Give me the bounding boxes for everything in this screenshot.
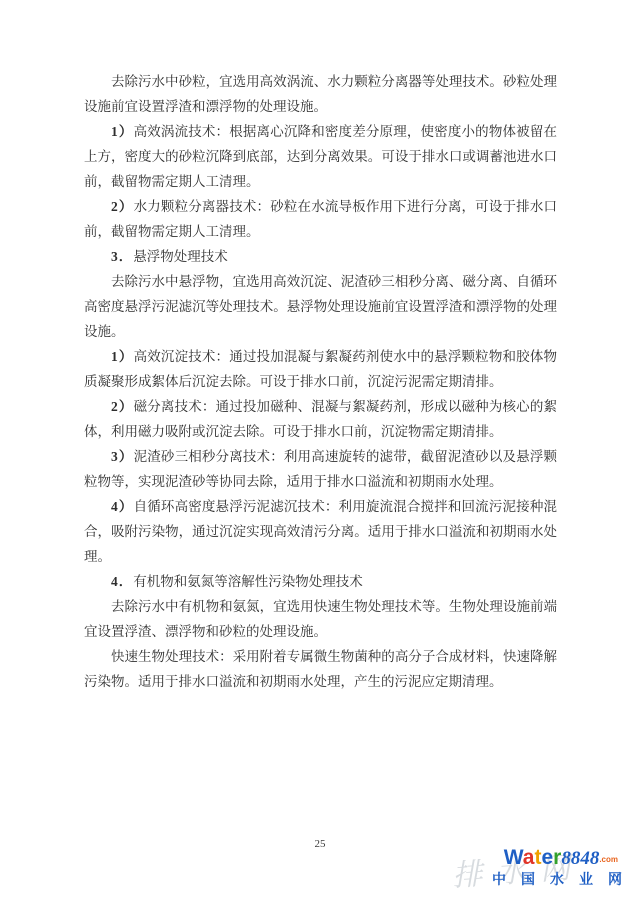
- section-heading: 4．有机物和氨氮等溶解性污染物处理技术: [84, 569, 557, 594]
- paragraph: 快速生物处理技术：采用附着专属微生物菌种的高分子合成材料，快速降解污染物。适用于…: [84, 644, 557, 694]
- paragraph-text: 泥渣砂三相秒分离技术：利用高速旋转的滤带，截留泥渣砂以及悬浮颗粒物等，实现泥渣砂…: [84, 449, 557, 489]
- paragraph-text: 高效沉淀技术：通过投加混凝与絮凝药剂使水中的悬浮颗粒物和胶体物质凝聚形成絮体后沉…: [84, 349, 557, 389]
- brand-word: Water: [504, 846, 562, 869]
- paragraph: 3）泥渣砂三相秒分离技术：利用高速旋转的滤带，截留泥渣砂以及悬浮颗粒物等，实现泥…: [84, 444, 557, 494]
- paragraph: 1）高效涡流技术：根据离心沉降和密度差分原理，使密度小的物体被留在上方，密度大的…: [84, 119, 557, 194]
- paragraph-number: 2）: [111, 199, 134, 214]
- paragraph-number: 1）: [111, 124, 134, 139]
- paragraph: 2）水力颗粒分离器技术：砂粒在水流导板作用下进行分离，可设于排水口前，截留物需定…: [84, 194, 557, 244]
- brand-letter: e: [541, 846, 553, 869]
- paragraph: 去除污水中有机物和氨氮，宜选用快速生物处理技术等。生物处理设施前端宜设置浮渣、漂…: [84, 594, 557, 644]
- brand-letter: a: [523, 846, 535, 869]
- text-block: 去除污水中砂粒，宜选用高效涡流、水力颗粒分离器等处理技术。砂粒处理设施前宜设置浮…: [84, 69, 557, 694]
- paragraph-number: 3）: [111, 449, 134, 464]
- paragraph-text: 去除污水中砂粒，宜选用高效涡流、水力颗粒分离器等处理技术。砂粒处理设施前宜设置浮…: [84, 74, 557, 114]
- document-page: 去除污水中砂粒，宜选用高效涡流、水力颗粒分离器等处理技术。砂粒处理设施前宜设置浮…: [0, 0, 640, 905]
- paragraph-number: 4）: [111, 499, 134, 514]
- brand-line: Water8848.com: [504, 846, 618, 870]
- paragraph-text: 悬浮物处理技术: [133, 249, 228, 264]
- paragraph: 1）高效沉淀技术：通过投加混凝与絮凝药剂使水中的悬浮颗粒物和胶体物质凝聚形成絮体…: [84, 344, 557, 394]
- paragraph-text: 去除污水中悬浮物，宜选用高效沉淀、泥渣砂三相秒分离、磁分离、自循环高密度悬浮污泥…: [84, 274, 557, 339]
- paragraph: 去除污水中悬浮物，宜选用高效沉淀、泥渣砂三相秒分离、磁分离、自循环高密度悬浮污泥…: [84, 269, 557, 344]
- brand-number: 8848: [561, 848, 599, 869]
- paragraph-text: 高效涡流技术：根据离心沉降和密度差分原理，使密度小的物体被留在上方，密度大的砂粒…: [84, 124, 557, 189]
- paragraph-number: 2）: [111, 399, 134, 414]
- paragraph-text: 有机物和氨氮等溶解性污染物处理技术: [133, 574, 363, 589]
- paragraph: 去除污水中砂粒，宜选用高效涡流、水力颗粒分离器等处理技术。砂粒处理设施前宜设置浮…: [84, 69, 557, 119]
- section-heading: 3．悬浮物处理技术: [84, 244, 557, 269]
- paragraph-text: 快速生物处理技术：采用附着专属微生物菌种的高分子合成材料，快速降解污染物。适用于…: [84, 649, 557, 689]
- water8848-watermark: 排水网 Water8848.com 中国水业网: [455, 842, 640, 897]
- brand-subtitle: 中国水业网: [492, 869, 637, 889]
- brand-letter: W: [504, 846, 523, 869]
- paragraph: 2）磁分离技术：通过投加磁种、混凝与絮凝药剂，形成以磁种为核心的絮体，利用磁力吸…: [84, 394, 557, 444]
- paragraph-number: 3．: [111, 249, 133, 264]
- paragraph-number: 1）: [111, 349, 134, 364]
- paragraph-text: 磁分离技术：通过投加磁种、混凝与絮凝药剂，形成以磁种为核心的絮体，利用磁力吸附或…: [84, 399, 557, 439]
- paragraph-text: 自循环高密度悬浮污泥滤沉技术：利用旋流混合搅拌和回流污泥接种混合，吸附污染物，通…: [84, 499, 557, 564]
- brand-tld: .com: [599, 855, 618, 864]
- paragraph-text: 去除污水中有机物和氨氮，宜选用快速生物处理技术等。生物处理设施前端宜设置浮渣、漂…: [84, 599, 557, 639]
- paragraph: 4）自循环高密度悬浮污泥滤沉技术：利用旋流混合搅拌和回流污泥接种混合，吸附污染物…: [84, 494, 557, 569]
- paragraph-number: 4．: [111, 574, 133, 589]
- paragraph-text: 水力颗粒分离器技术：砂粒在水流导板作用下进行分离，可设于排水口前，截留物需定期人…: [84, 199, 557, 239]
